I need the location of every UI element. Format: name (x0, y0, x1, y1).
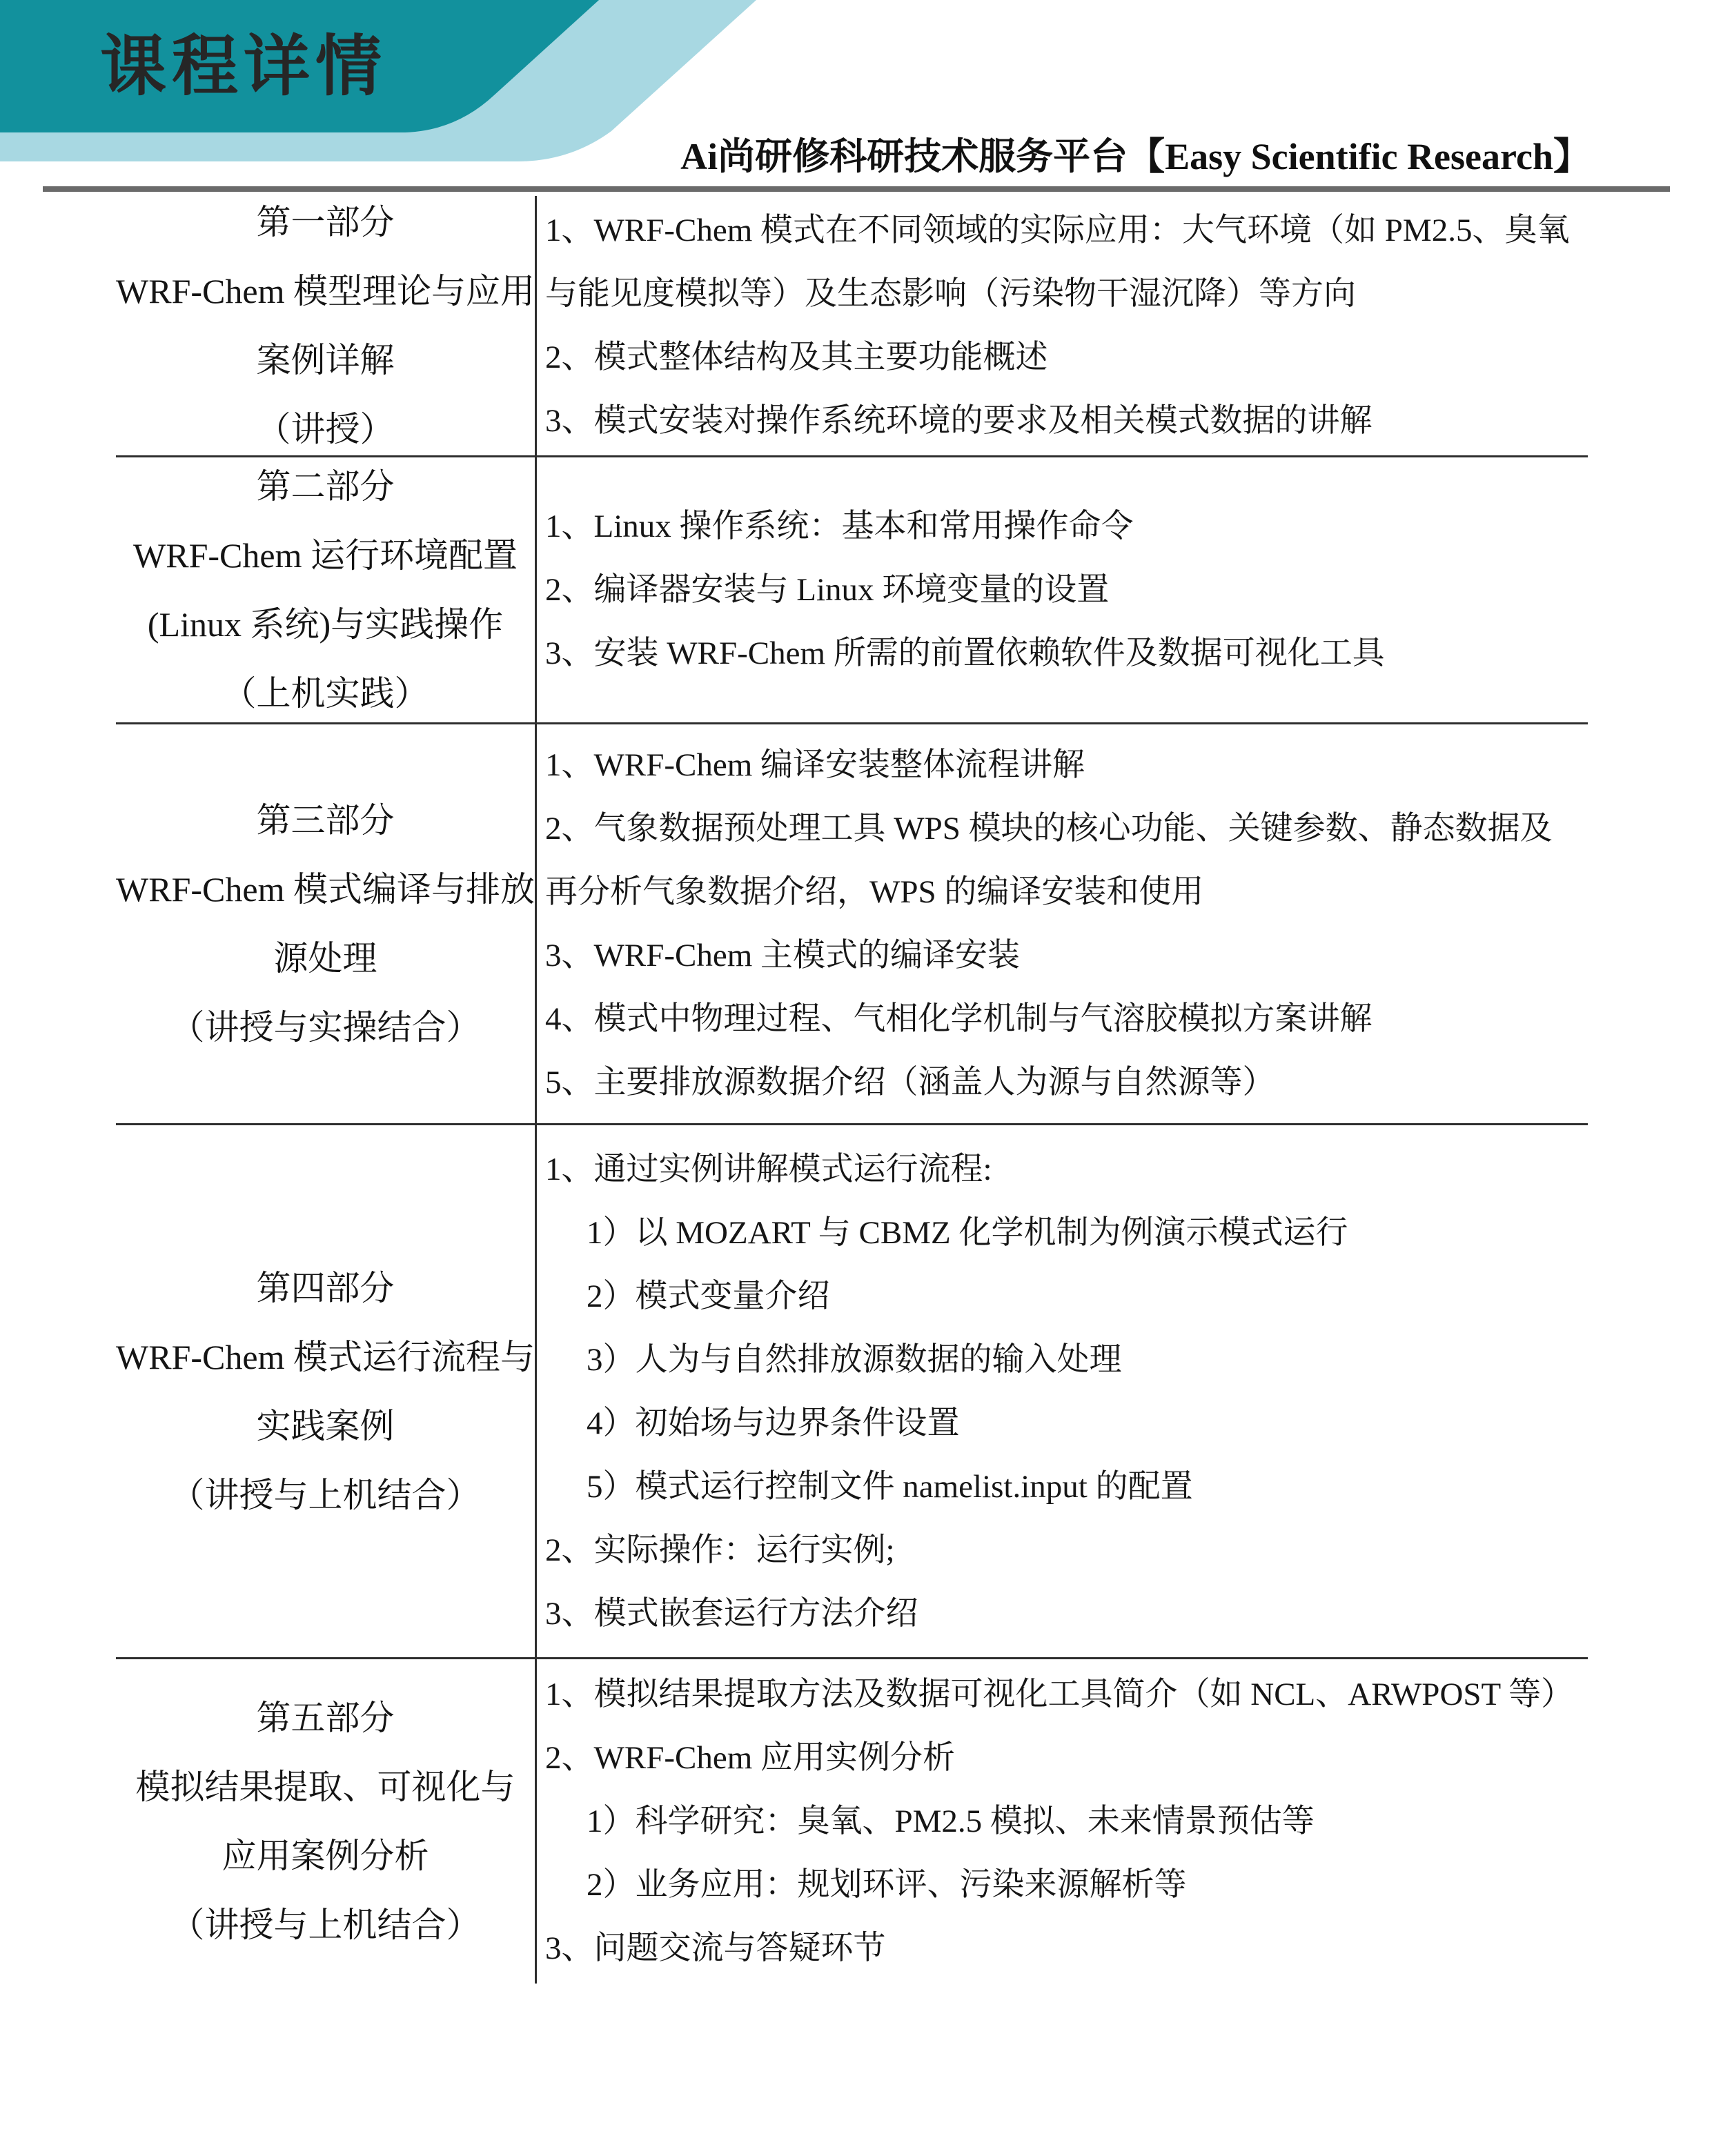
content-subline: 1）以 MOZART 与 CBMZ 化学机制为例演示模式运行 (545, 1201, 1588, 1265)
content-line: 5、主要排放源数据介绍（涵盖人为源与自然源等） (545, 1051, 1588, 1114)
table-row: 第四部分 WRF-Chem 模式运行流程与 实践案例 （讲授与上机结合） 1、通… (116, 1125, 1588, 1659)
part-title-cell: 第二部分 WRF-Chem 运行环境配置 (Linux 系统)与实践操作 （上机… (116, 457, 537, 722)
part-format: （讲授与上机结合） (170, 1890, 481, 1959)
part-name: WRF-Chem 运行环境配置 (133, 521, 518, 590)
part-number: 第四部分 (257, 1254, 395, 1323)
table-row: 第三部分 WRF-Chem 模式编译与排放 源处理 （讲授与实操结合） 1、WR… (116, 724, 1588, 1125)
part-number: 第五部分 (257, 1683, 395, 1752)
content-line: 2、气象数据预处理工具 WPS 模块的核心功能、关键参数、静态数据及 (545, 797, 1588, 860)
part-content-cell: 1、通过实例讲解模式运行流程: 1）以 MOZART 与 CBMZ 化学机制为例… (537, 1125, 1588, 1657)
content-line: 1、WRF-Chem 模式在不同领域的实际应用：大气环境（如 PM2.5、臭氧 (545, 199, 1588, 262)
content-line: 1、通过实例讲解模式运行流程: (545, 1138, 1588, 1201)
part-name: WRF-Chem 模式运行流程与 (116, 1323, 535, 1392)
part-name: 源处理 (274, 924, 377, 993)
content-line: 2、编译器安装与 Linux 环境变量的设置 (545, 558, 1588, 622)
part-name: 应用案例分析 (222, 1821, 429, 1890)
page-title: 课程详情 (100, 15, 624, 119)
content-line: 1、模拟结果提取方法及数据可视化工具简介（如 NCL、ARWPOST 等） (545, 1663, 1588, 1726)
part-name: 实践案例 (257, 1392, 395, 1461)
content-subline: 3）人为与自然排放源数据的输入处理 (545, 1328, 1588, 1392)
part-content-cell: 1、WRF-Chem 编译安装整体流程讲解 2、气象数据预处理工具 WPS 模块… (537, 724, 1588, 1123)
part-format: （讲授与上机结合） (170, 1461, 481, 1530)
part-number: 第二部分 (257, 452, 395, 521)
content-line: 3、模式安装对操作系统环境的要求及相关模式数据的讲解 (545, 389, 1588, 453)
part-title-cell: 第四部分 WRF-Chem 模式运行流程与 实践案例 （讲授与上机结合） (116, 1125, 537, 1657)
content-subline: 5）模式运行控制文件 namelist.input 的配置 (545, 1455, 1588, 1519)
content-line: 2、模式整体结构及其主要功能概述 (545, 326, 1588, 389)
content-line: 3、模式嵌套运行方法介绍 (545, 1582, 1588, 1645)
content-line: 1、Linux 操作系统：基本和常用操作命令 (545, 495, 1588, 558)
part-title-cell: 第三部分 WRF-Chem 模式编译与排放 源处理 （讲授与实操结合） (116, 724, 537, 1123)
part-name: WRF-Chem 模式编译与排放 (116, 855, 535, 924)
table-row: 第一部分 WRF-Chem 模型理论与应用 案例详解 （讲授） 1、WRF-Ch… (116, 196, 1588, 457)
content-line: 3、WRF-Chem 主模式的编译安装 (545, 924, 1588, 987)
part-title-cell: 第五部分 模拟结果提取、可视化与 应用案例分析 （讲授与上机结合） (116, 1659, 537, 1984)
part-name: (Linux 系统)与实践操作 (148, 590, 503, 659)
part-content-cell: 1、Linux 操作系统：基本和常用操作命令 2、编译器安装与 Linux 环境… (537, 457, 1588, 722)
part-name: 案例详解 (257, 326, 395, 395)
part-title-cell: 第一部分 WRF-Chem 模型理论与应用 案例详解 （讲授） (116, 196, 537, 455)
content-subline: 1）科学研究：臭氧、PM2.5 模拟、未来情景预估等 (545, 1790, 1588, 1853)
part-format: （上机实践） (222, 659, 429, 728)
content-line: 1、WRF-Chem 编译安装整体流程讲解 (545, 733, 1588, 797)
part-number: 第三部分 (257, 786, 395, 855)
content-line: 与能见度模拟等）及生态影响（污染物干湿沉降）等方向 (545, 262, 1588, 326)
content-line: 2、实际操作：运行实例; (545, 1519, 1588, 1582)
content-line: 3、安装 WRF-Chem 所需的前置依赖软件及数据可视化工具 (545, 622, 1588, 685)
part-content-cell: 1、模拟结果提取方法及数据可视化工具简介（如 NCL、ARWPOST 等） 2、… (537, 1659, 1588, 1984)
course-outline-table: 第一部分 WRF-Chem 模型理论与应用 案例详解 （讲授） 1、WRF-Ch… (116, 196, 1588, 1984)
content-subline: 4）初始场与边界条件设置 (545, 1392, 1588, 1455)
table-row: 第五部分 模拟结果提取、可视化与 应用案例分析 （讲授与上机结合） 1、模拟结果… (116, 1659, 1588, 1984)
part-content-cell: 1、WRF-Chem 模式在不同领域的实际应用：大气环境（如 PM2.5、臭氧 … (537, 196, 1588, 455)
part-name: WRF-Chem 模型理论与应用 (116, 257, 535, 326)
platform-title: Ai尚研修科研技术服务平台【Easy Scientific Research】 (680, 135, 1591, 178)
content-line: 4、模式中物理过程、气相化学机制与气溶胶模拟方案讲解 (545, 987, 1588, 1051)
content-subline: 2）业务应用：规划环评、污染来源解析等 (545, 1853, 1588, 1917)
content-line: 3、问题交流与答疑环节 (545, 1917, 1588, 1980)
part-name: 模拟结果提取、可视化与 (136, 1752, 515, 1821)
table-row: 第二部分 WRF-Chem 运行环境配置 (Linux 系统)与实践操作 （上机… (116, 457, 1588, 724)
part-format: （讲授与实操结合） (170, 993, 481, 1062)
content-subline: 2）模式变量介绍 (545, 1265, 1588, 1328)
content-line: 再分析气象数据介绍，WPS 的编译安装和使用 (545, 860, 1588, 924)
content-line: 2、WRF-Chem 应用实例分析 (545, 1726, 1588, 1790)
part-number: 第一部分 (257, 188, 395, 257)
